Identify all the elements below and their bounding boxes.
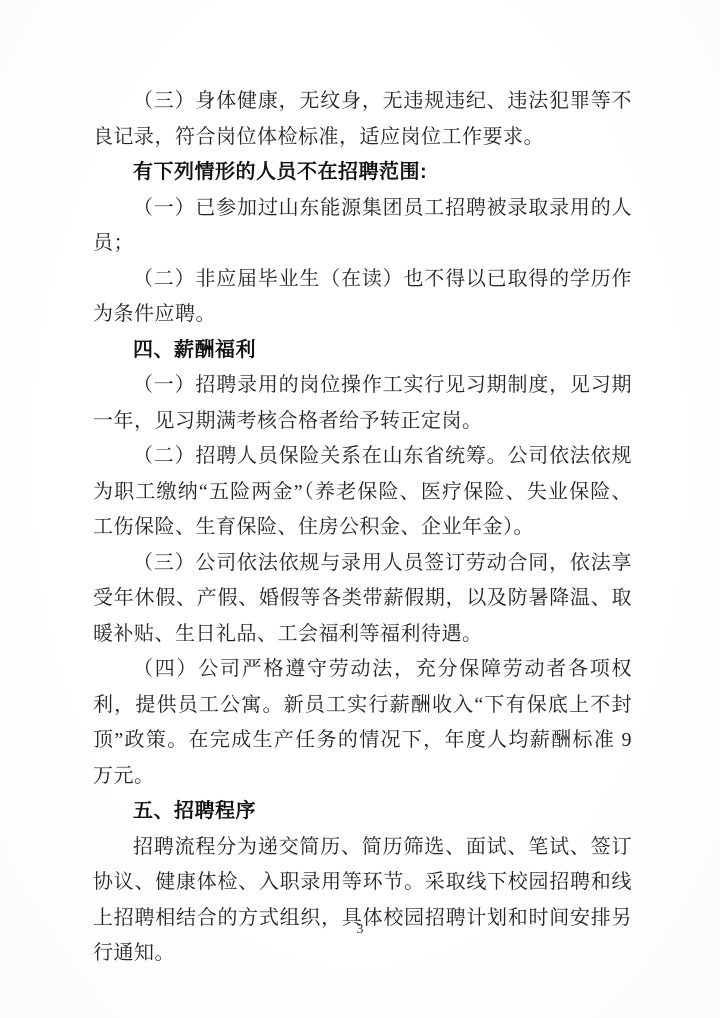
- paragraph-compensation-item-4: （四）公司严格遵守劳动法，充分保障劳动者各项权利，提供员工公寓。新员工实行薪酬收…: [93, 652, 632, 794]
- paragraph-procedure-description: 招聘流程分为递交简历、简历筛选、面试、笔试、签订协议、健康体检、入职录用等环节。…: [93, 830, 632, 972]
- paragraph-health-requirement: （三）身体健康，无纹身，无违规违纪、违法犯罪等不良记录，符合岗位体检标准，适应岗…: [93, 84, 632, 155]
- paragraph-excluded-item-2: （二）非应届毕业生（在读）也不得以已取得的学历作为条件应聘。: [93, 262, 632, 333]
- document-body: （三）身体健康，无纹身，无违规违纪、违法犯罪等不良记录，符合岗位体检标准，适应岗…: [93, 84, 632, 972]
- paragraph-compensation-item-2: （二）招聘人员保险关系在山东省统筹。公司依法依规为职工缴纳“五险两金”（养老保险…: [93, 439, 632, 546]
- paragraph-compensation-item-3: （三）公司依法依规与录用人员签订劳动合同，依法享受年休假、产假、婚假等各类带薪假…: [93, 546, 632, 653]
- document-page: （三）身体健康，无纹身，无违规违纪、违法犯罪等不良记录，符合岗位体检标准，适应岗…: [0, 0, 720, 1018]
- page-number: 3: [0, 922, 720, 938]
- heading-section-5-procedure: 五、招聘程序: [93, 794, 632, 830]
- heading-section-4-compensation: 四、薪酬福利: [93, 333, 632, 369]
- paragraph-compensation-item-1: （一）招聘录用的岗位操作工实行见习期制度，见习期一年，见习期满考核合格者给予转正…: [93, 368, 632, 439]
- paragraph-excluded-item-1: （一）已参加过山东能源集团员工招聘被录取录用的人员；: [93, 191, 632, 262]
- heading-excluded-candidates: 有下列情形的人员不在招聘范围:: [93, 155, 632, 191]
